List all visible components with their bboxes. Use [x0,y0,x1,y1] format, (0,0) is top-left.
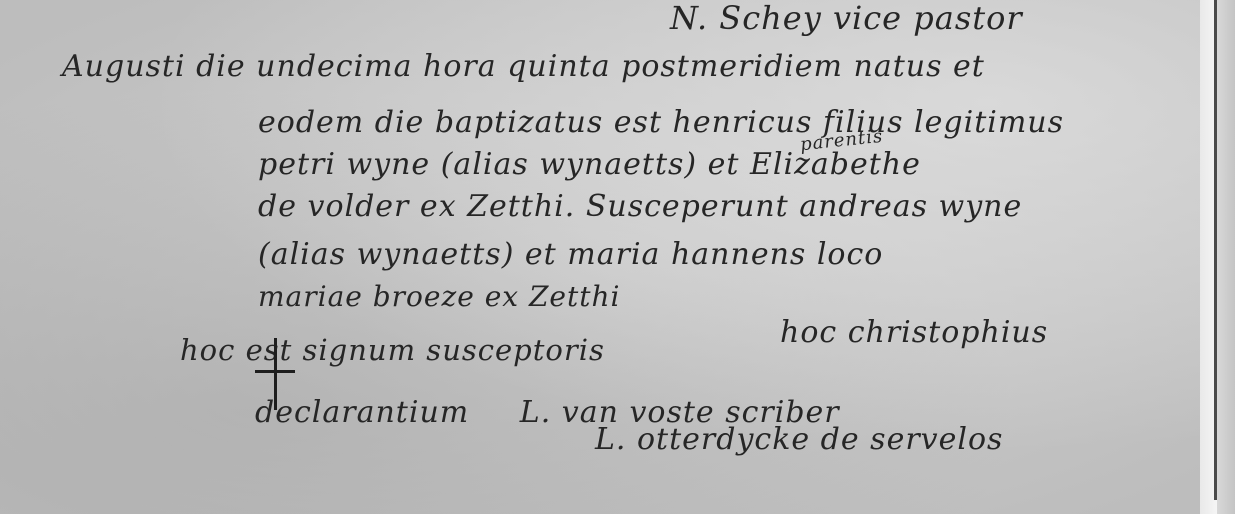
declarantium-text: declarantium [255,395,469,430]
right-annotation: hoc christophius [780,318,1048,348]
page-edge [1217,0,1235,514]
entry-line-4: de volder ex Zetthi. Susceperunt andreas… [258,192,1022,222]
entry-line-6: mariae broeze ex Zetthi [258,283,621,311]
manuscript-page: N. Schey vice pastor Augusti die undecim… [0,0,1235,514]
witness-signature: L. otterdycke de servelos [595,425,1003,455]
entry-line-3: petri wyne (alias wynaetts) et Elizabeth… [258,150,921,180]
cross-horizontal-stroke [255,370,295,373]
entry-line-2: eodem die baptizatus est henricus filius… [258,108,1064,138]
entry-line-5: (alias wynaetts) et maria hannens loco [258,240,883,270]
entry-line-7: hoc est signum susceptoris [180,336,605,365]
entry-line-1: Augusti die undecima hora quinta postmer… [62,52,985,82]
header-signature: N. Schey vice pastor [670,2,1023,34]
